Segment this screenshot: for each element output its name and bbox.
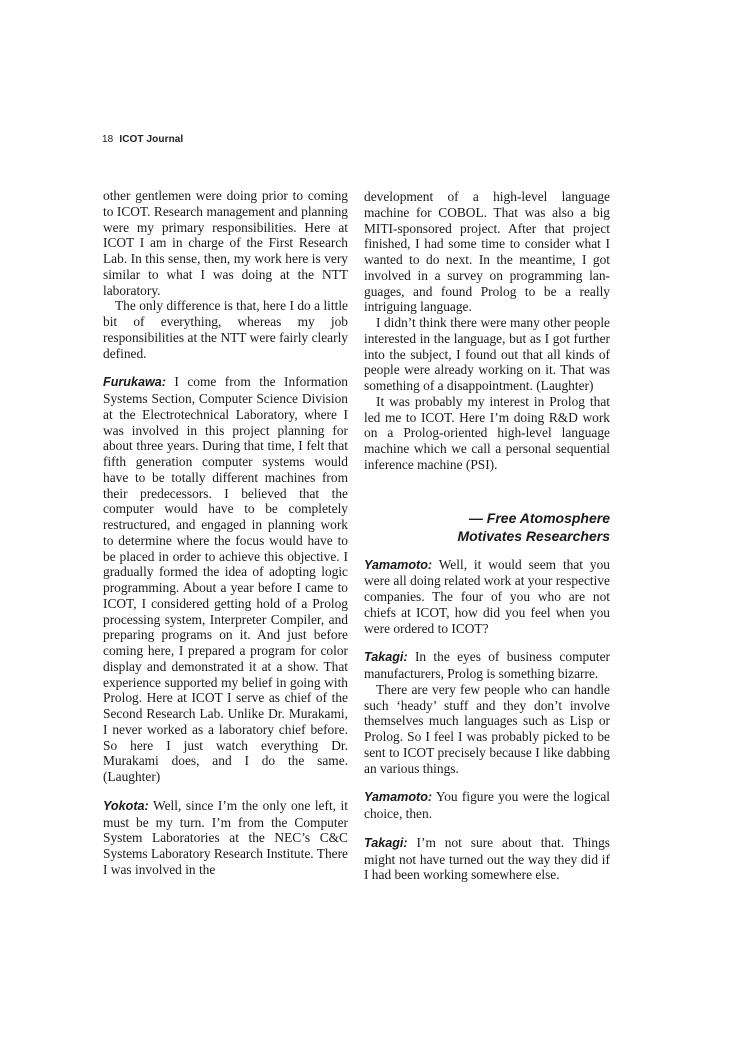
speaker-paragraph-furukawa: Furukawa: I come from the Information Sy… — [103, 374, 348, 785]
page-number: 18 — [102, 134, 113, 145]
left-column: other gentlemen were doing prior to com­… — [103, 188, 348, 878]
paragraph: development of a high-level language mac… — [364, 189, 610, 315]
paragraph: other gentlemen were doing prior to com­… — [103, 188, 348, 298]
speaker-paragraph-takagi: Takagi: I’m not sure about that. Things … — [364, 835, 610, 883]
speaker-name: Takagi: — [364, 650, 408, 664]
right-column: development of a high-level language mac… — [364, 189, 610, 883]
speaker-paragraph-yamamoto: Yamamoto: Well, it would seem that you w… — [364, 557, 610, 637]
speaker-name: Yokota: — [103, 799, 149, 813]
paragraph: The only difference is that, here I do a… — [103, 298, 348, 361]
speaker-paragraph-yokota: Yokota: Well, since I’m the only one lef… — [103, 798, 348, 878]
speaker-name: Yamamoto: — [364, 790, 432, 804]
paragraph: I didn’t think there were many other peo… — [364, 315, 610, 394]
speaker-paragraph-yamamoto: Yamamoto: You figure you were the logica… — [364, 789, 610, 822]
running-head: 18ICOT Journal — [102, 134, 183, 145]
speaker-name: Takagi: — [364, 836, 408, 850]
paragraph: There are very few people who can handle… — [364, 682, 610, 777]
subheading-line: — Free Atomosphere — [364, 509, 610, 527]
journal-title: ICOT Journal — [119, 134, 183, 145]
speaker-paragraph-takagi: Takagi: In the eyes of business computer… — [364, 649, 610, 682]
speaker-name: Furukawa: — [103, 375, 166, 389]
subheading-line: Motivates Researchers — [364, 527, 610, 545]
section-subheading: — Free Atomosphere Motivates Researchers — [364, 509, 610, 545]
paragraph: It was probably my interest in Prolog th… — [364, 394, 610, 473]
speaker-name: Yamamoto: — [364, 558, 432, 572]
speech-text: I come from the Information Systems Sect… — [103, 374, 348, 784]
